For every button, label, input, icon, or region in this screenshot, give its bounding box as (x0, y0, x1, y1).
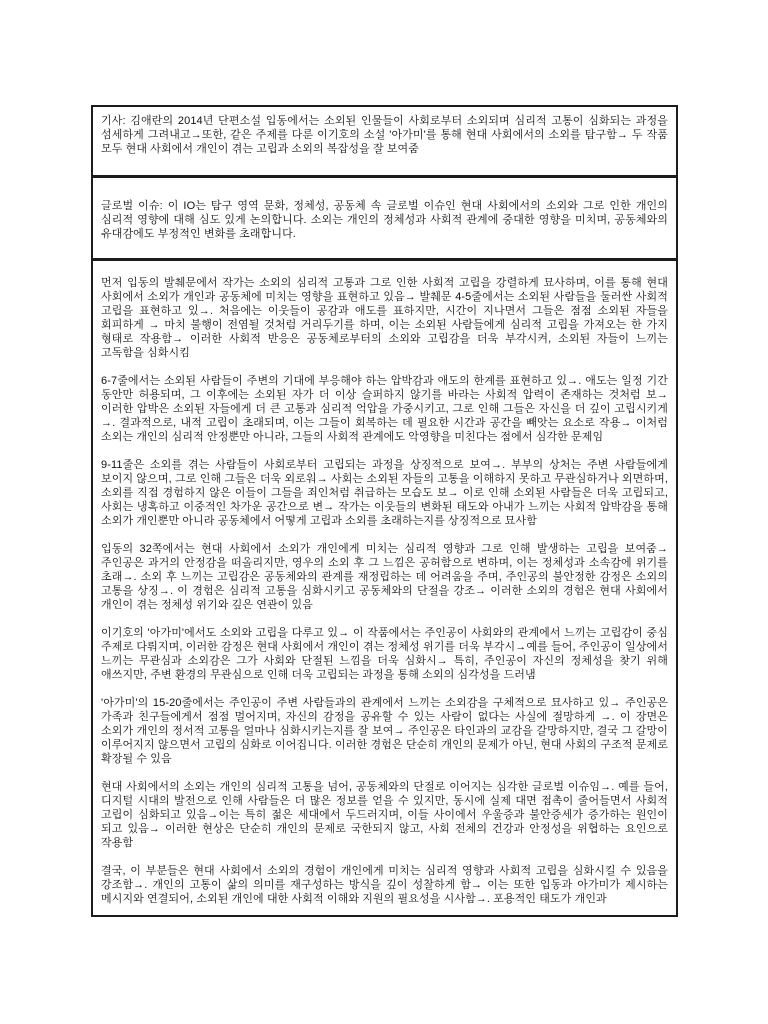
article-note-box: 기사: 김애란의 2014년 단편소설 입동에서는 소외된 인물들이 사회로부터… (91, 105, 678, 177)
document-page: 기사: 김애란의 2014년 단편소설 입동에서는 소외된 인물들이 사회로부터… (91, 105, 678, 917)
analysis-paragraph-2: 6-7줄에서는 소외된 사람들이 주변의 기대에 부응해야 하는 압박감과 애도… (101, 374, 668, 444)
analysis-paragraph-5: 이기호의 '아가미'에서도 소외와 고립을 다루고 있→ 이 작품에서는 주인공… (101, 626, 668, 682)
global-issue-box: 글로벌 이슈: 이 IO는 탐구 영역 문화, 정체성, 공동체 속 글로벌 이… (91, 176, 678, 260)
analysis-box: 먼저 입동의 발췌문에서 작가는 소외의 심리적 고통과 그로 인한 사회적 고… (91, 259, 678, 917)
global-issue-text: 글로벌 이슈: 이 IO는 탐구 영역 문화, 정체성, 공동체 속 글로벌 이… (101, 199, 668, 241)
analysis-paragraph-3: 9-11줄은 소외를 겪는 사람들이 사회로부터 고립되는 과정을 상징적으로 … (101, 458, 668, 528)
analysis-paragraph-4: 입동의 32쪽에서는 현대 사회에서 소외가 개인에게 미치는 심리적 영향과 … (101, 542, 668, 612)
article-note-text: 기사: 김애란의 2014년 단편소설 입동에서는 소외된 인물들이 사회로부터… (101, 114, 668, 156)
analysis-paragraph-6: '아가미'의 15-20줄에서는 주인공이 주변 사람들과의 관계에서 느끼는 … (101, 696, 668, 766)
analysis-paragraph-1: 먼저 입동의 발췌문에서 작가는 소외의 심리적 고통과 그로 인한 사회적 고… (101, 276, 668, 360)
analysis-paragraph-8: 결국, 이 부분들은 현대 사회에서 소외의 경험이 개인에게 미치는 심리적 … (101, 864, 668, 906)
analysis-paragraph-7: 현대 사회에서의 소외는 개인의 심리적 고통을 넘어, 공동체와의 단절로 이… (101, 780, 668, 850)
